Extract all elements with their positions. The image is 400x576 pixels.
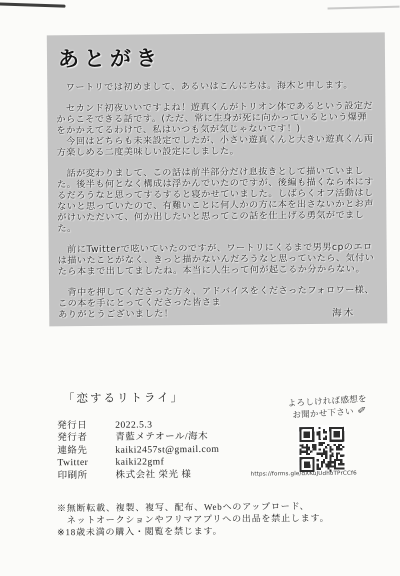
colophon-value: kaiki2457st@gmail.com: [115, 444, 219, 457]
colophon-row: 連絡先 kaiki2457st@gmail.com: [57, 444, 219, 458]
afterword-paragraph: 話が変わりまして、この話は前半部分だけ息抜きとして描いていました。後半も何となく…: [57, 166, 377, 235]
colophon-value: 青藍メテオール/海木: [115, 431, 208, 444]
colophon-label: Twitter: [57, 457, 115, 470]
scan-artifact-top-right: [328, 6, 400, 10]
author-signature: 海木: [332, 305, 355, 319]
notice-text: ※無断転載、複製、複写、配布、Webへのアップロード、 ネットオークションやフリ…: [57, 501, 330, 539]
qr-code: [299, 427, 344, 472]
colophon: 「恋するリトライ」 発行日 2022.5.3 発行者 青藍メテオール/海木 連絡…: [57, 389, 220, 482]
feedback-url: https://forms.gle/dXKuJUdhoTPrCCf6: [251, 470, 400, 477]
afterword-paragraph: 前にTwitterで呟いていたのですが、ワートリにくるまで男男cpのエロは描いた…: [58, 242, 377, 278]
scan-artifact-top-left: [0, 2, 66, 8]
colophon-label: 発行者: [57, 432, 115, 445]
afterword-title: あとがき: [58, 40, 375, 73]
copyright-notices: ※無断転載、複製、複写、配布、Webへのアップロード、 ネットオークションやフリ…: [57, 501, 330, 540]
feedback-text: お聞かせ下さい: [292, 407, 354, 421]
colophon-value: 株式会社 栄光 様: [116, 469, 192, 482]
pencil-icon: ✐: [356, 405, 366, 417]
colophon-row: 印刷所 株式会社 栄光 様: [58, 468, 220, 482]
feedback-note: よろしければ感想を お聞かせ下さい✐: [287, 392, 400, 422]
scanned-page: あとがき ワートリでは初めまして、あるいはこんにちは。海木と申します。 セカンド…: [0, 0, 400, 576]
colophon-label: 連絡先: [57, 445, 115, 458]
colophon-label: 発行日: [57, 420, 115, 433]
afterword-paragraph: 背中を押してくださった方々、アドバイスをくださったフォロワー様、 この本を手にと…: [58, 285, 377, 321]
colophon-value: kaiki22gmf: [115, 457, 164, 470]
afterword-body: ワートリでは初めまして、あるいはこんにちは。海木と申します。 セカンド初夜いいで…: [56, 80, 377, 321]
afterword-panel: あとがき ワートリでは初めまして、あるいはこんにちは。海木と申します。 セカンド…: [47, 32, 388, 326]
colophon-value: 2022.5.3: [115, 419, 152, 432]
book-title: 「恋するリトライ」: [63, 389, 219, 406]
afterword-paragraph: ワートリでは初めまして、あるいはこんにちは。海木と申します。: [56, 80, 375, 94]
afterword-paragraph: セカンド初夜いいですよね！遊真くんがトリオン体であるという設定だからこそできる話…: [56, 101, 375, 159]
colophon-label: 印刷所: [58, 469, 116, 482]
